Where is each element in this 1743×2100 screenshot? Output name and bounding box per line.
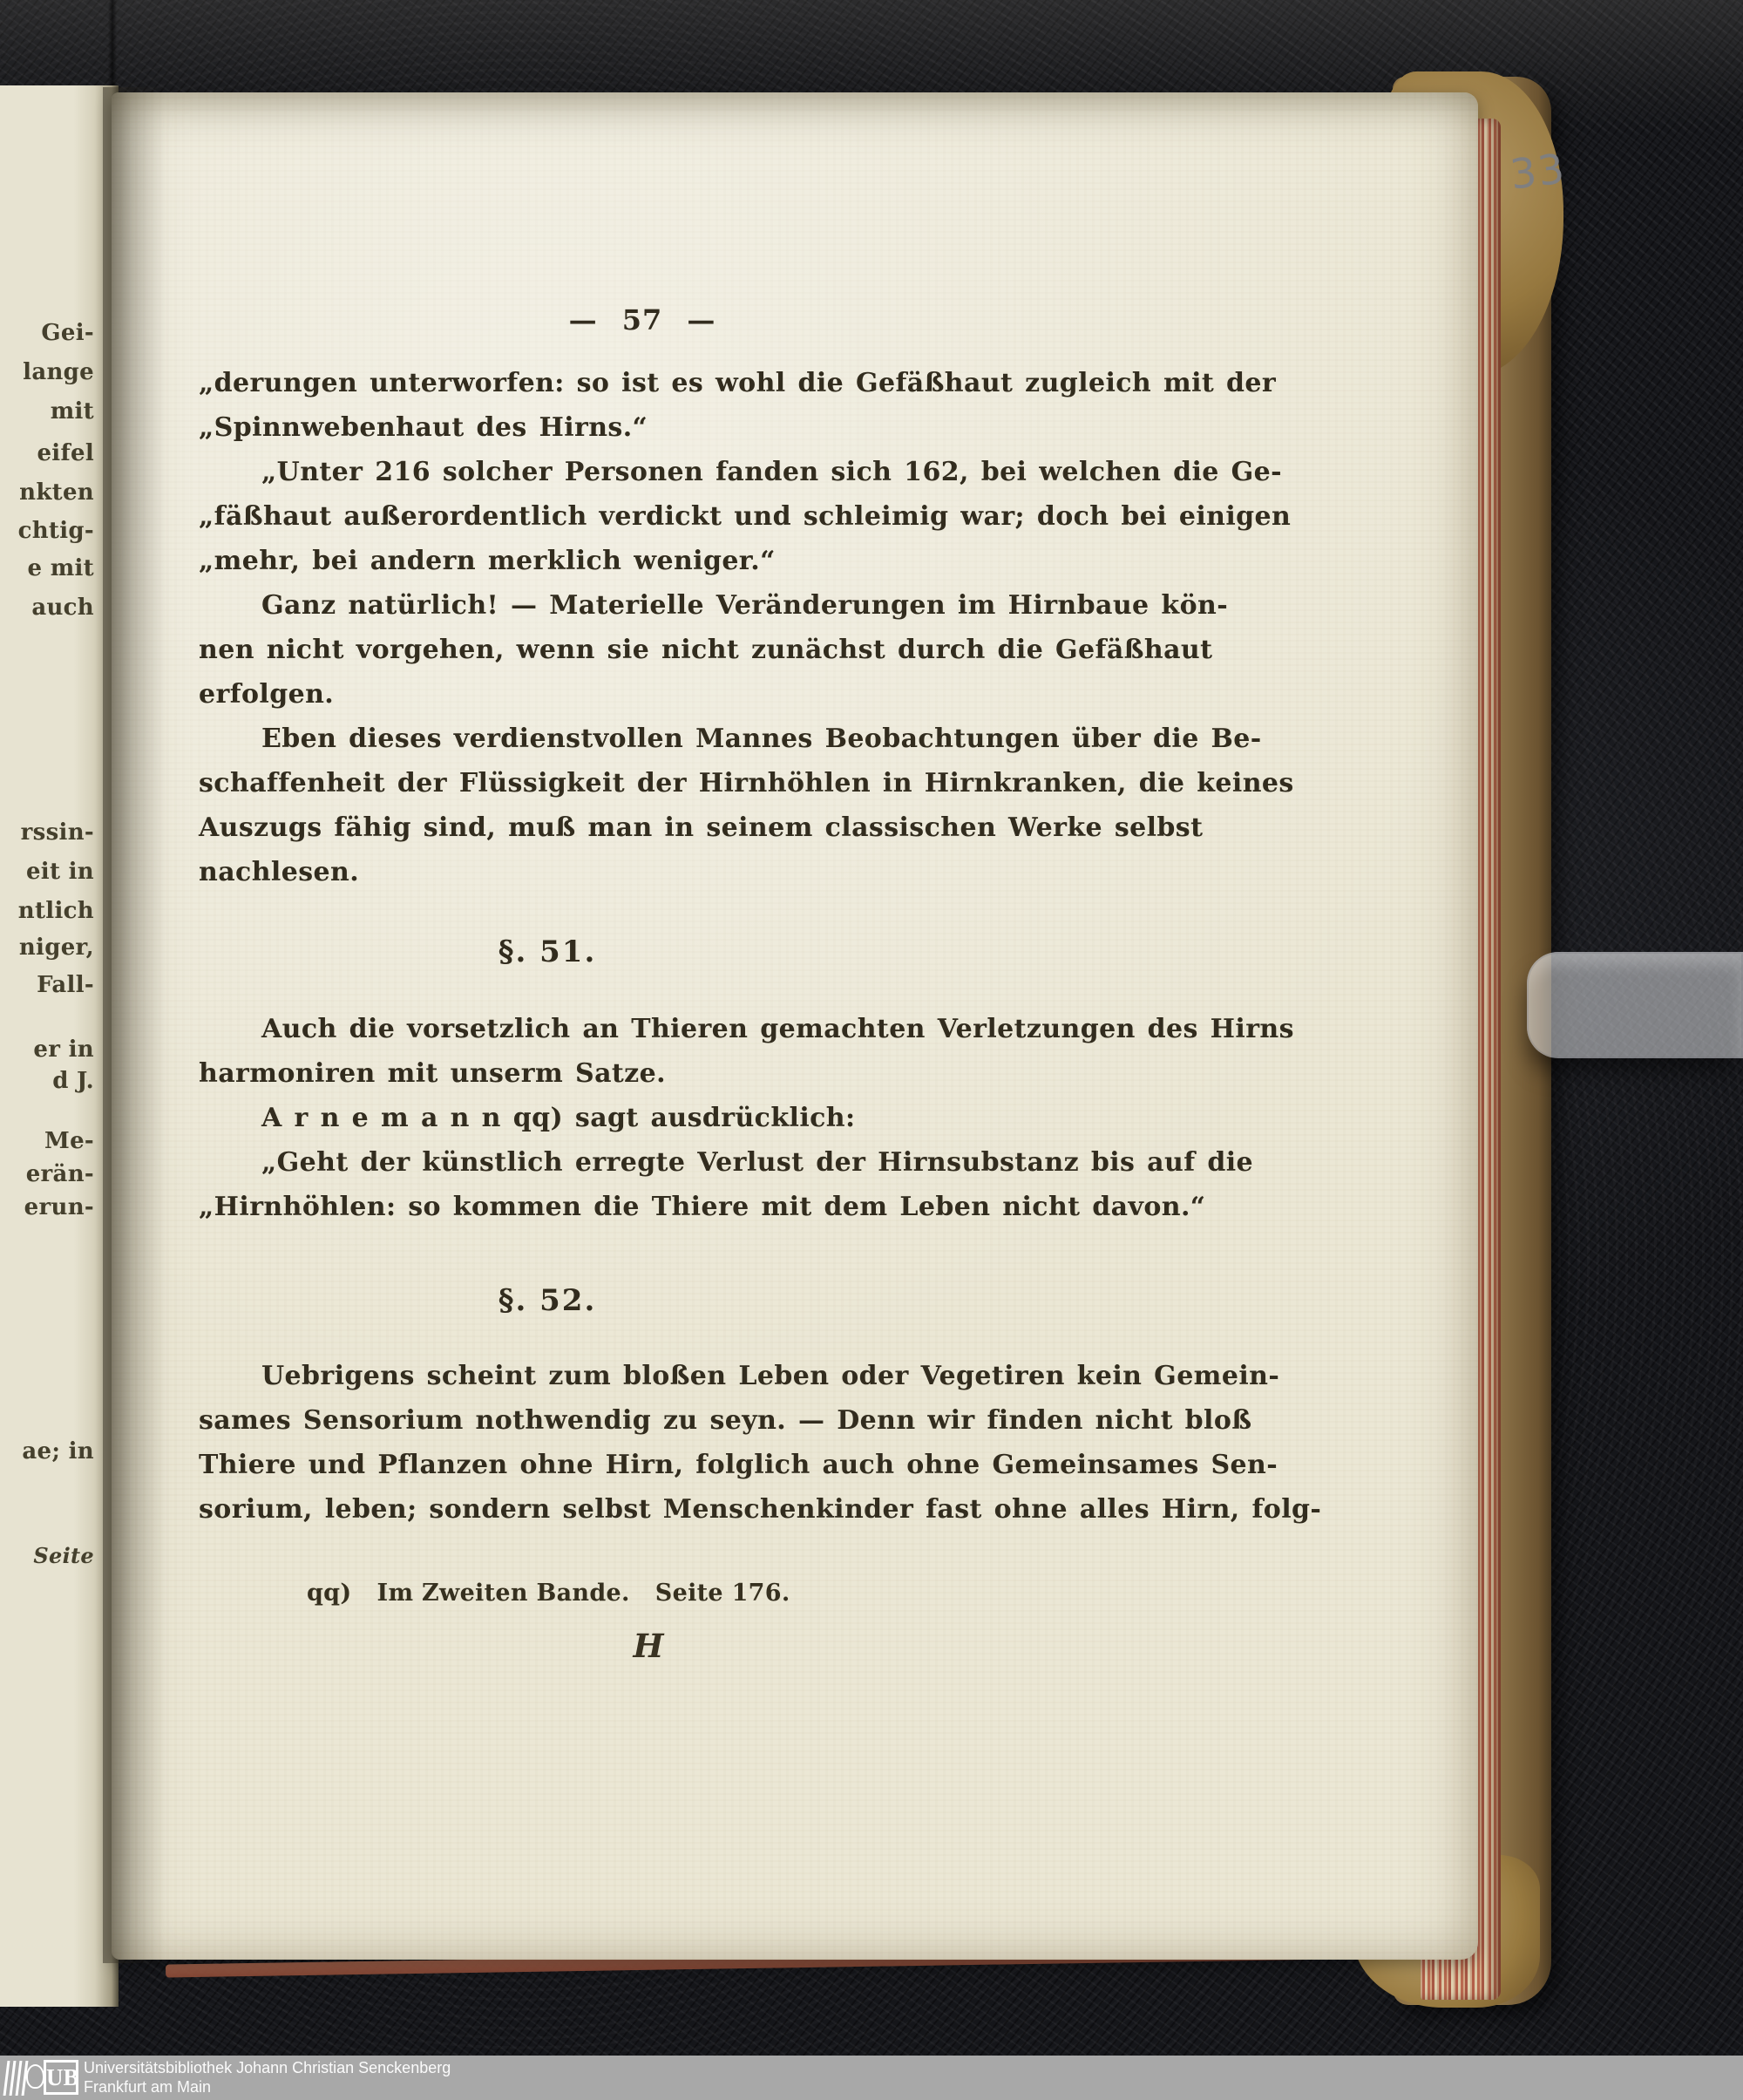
- text-line: sorium, leben; sondern selbst Menschenki…: [199, 1487, 1163, 1532]
- text-line: schaffenheit der Flüssigkeit der Hirnhöh…: [199, 761, 1163, 805]
- text-line: erfolgen.: [199, 672, 1163, 717]
- logo-portrait-icon: [26, 2064, 44, 2089]
- paragraph-block-3: Uebrigens scheint zum bloßen Leben oder …: [199, 1354, 1163, 1532]
- text-line: Auszugs fähig sind, muß man in seinem cl…: [199, 805, 1163, 850]
- margin-text-fragment: e mit: [28, 555, 95, 581]
- text-line: Uebrigens scheint zum bloßen Leben oder …: [199, 1354, 1163, 1398]
- paragraph-block-1: „derungen unterworfen: so ist es wohl di…: [199, 361, 1163, 894]
- margin-text-fragment: auch: [31, 595, 94, 621]
- text-line: nachlesen.: [199, 850, 1163, 894]
- text-line: „Unter 216 solcher Personen fanden sich …: [199, 450, 1163, 494]
- margin-text-fragment: Fall-: [37, 972, 94, 998]
- margin-text-fragment: mit: [51, 398, 94, 425]
- text-line: „Hirnhöhlen: so kommen die Thiere mit de…: [199, 1185, 1163, 1229]
- text-line: „fäßhaut außerordentlich verdickt und sc…: [199, 494, 1163, 539]
- margin-text-fragment: ntlich: [18, 898, 94, 924]
- paragraph-block-2: Auch die vorsetzlich an Thieren gemachte…: [199, 1007, 1163, 1229]
- logo-ub-monogram: UB: [44, 2060, 78, 2095]
- margin-text-fragment: er in: [33, 1036, 94, 1063]
- margin-text-fragment: nkten: [19, 479, 94, 506]
- handwritten-folio-number: 33: [1508, 145, 1569, 199]
- footnote: qq) Im Zweiten Bande. Seite 176.: [307, 1580, 790, 1607]
- gutter-shadow: [103, 87, 166, 1963]
- margin-text-fragment: niger,: [19, 934, 94, 961]
- page-number: — 57 —: [555, 303, 729, 336]
- text-line: Auch die vorsetzlich an Thieren gemachte…: [199, 1007, 1163, 1051]
- text-line: nen nicht vorgehen, wenn sie nicht zunäc…: [199, 628, 1163, 672]
- margin-text-fragment: lange: [23, 359, 94, 385]
- margin-text-fragment: eifel: [37, 440, 94, 466]
- library-footer-bar: UB Universitätsbibliothek Johann Christi…: [0, 2056, 1743, 2100]
- margin-text-fragment: Seite: [33, 1543, 94, 1568]
- margin-text-fragment: eit in: [26, 859, 94, 885]
- margin-text-fragment: Me-: [44, 1128, 94, 1154]
- library-city: Frankfurt am Main: [84, 2077, 451, 2097]
- text-line: Thiere und Pflanzen ohne Hirn, folglich …: [199, 1443, 1163, 1487]
- library-name: Universitätsbibliothek Johann Christian …: [84, 2058, 451, 2077]
- text-line: A r n e m a n n qq) sagt ausdrücklich:: [199, 1096, 1163, 1140]
- margin-text-fragment: ae; in: [22, 1438, 94, 1465]
- transparent-page-holder-clip: [1527, 952, 1743, 1058]
- scanned-book-photo: Gei-langemiteifelnktenchtig-e mitauchrss…: [0, 0, 1743, 2100]
- text-line: „mehr, bei andern merklich weniger.“: [199, 539, 1163, 583]
- section-heading-52: §. 52.: [451, 1283, 643, 1318]
- section-heading-51: §. 51.: [451, 934, 643, 969]
- text-line: „derungen unterworfen: so ist es wohl di…: [199, 361, 1163, 405]
- facing-page-text-fragments: Gei-langemiteifelnktenchtig-e mitauchrss…: [0, 0, 99, 2100]
- margin-text-fragment: Gei-: [41, 320, 94, 346]
- margin-text-fragment: rssin-: [21, 819, 94, 846]
- library-logo: UB: [3, 2059, 77, 2097]
- text-line: Eben dieses verdienstvollen Mannes Beoba…: [199, 717, 1163, 761]
- margin-text-fragment: erän-: [26, 1161, 94, 1187]
- margin-text-fragment: chtig-: [18, 518, 94, 544]
- text-line: harmoniren mit unserm Satze.: [199, 1051, 1163, 1096]
- margin-text-fragment: erun-: [24, 1194, 94, 1220]
- text-line: Ganz natürlich! — Materielle Veränderung…: [199, 583, 1163, 628]
- text-line: „Geht der künstlich erregte Verlust der …: [199, 1140, 1163, 1185]
- text-line: sames Sensorium nothwendig zu seyn. — De…: [199, 1398, 1163, 1443]
- signature-mark: H: [621, 1627, 676, 1665]
- margin-text-fragment: d J.: [52, 1068, 94, 1094]
- text-line: „Spinnwebenhaut des Hirns.“: [199, 405, 1163, 450]
